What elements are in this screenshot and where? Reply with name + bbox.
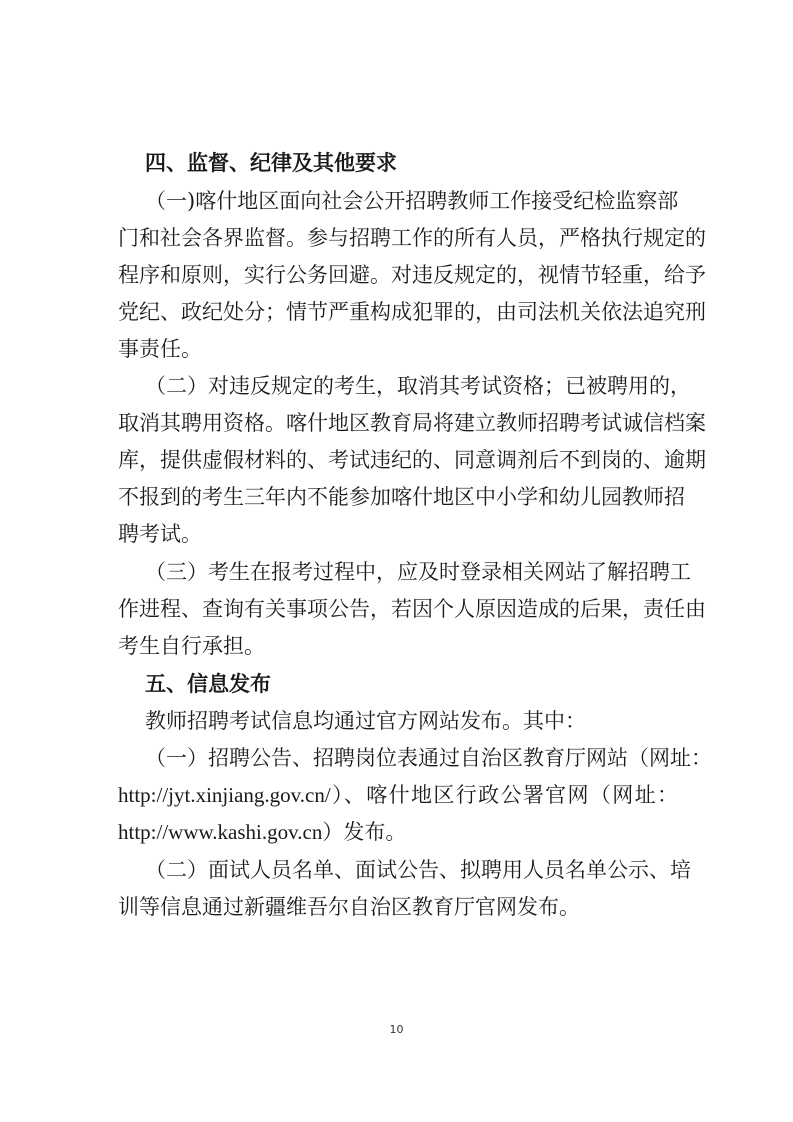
section-heading-supervision: 四、监督、纪律及其他要求: [145, 146, 678, 180]
section-heading-info-release: 五、信息发布: [145, 667, 678, 701]
paragraph-line: 库，提供虚假材料的、考试违纪的、同意调剂后不到岗的、逾期: [118, 443, 678, 477]
paragraph-line: （一）招聘公告、招聘岗位表通过自治区教育厅网站（网址：: [145, 741, 678, 775]
paragraph-line: 考生自行承担。: [118, 629, 678, 663]
paragraph-line: （二）对违反规定的考生，取消其考试资格；已被聘用的，: [145, 369, 678, 403]
paragraph-line: 作进程、查询有关事项公告，若因个人原因造成的后果，责任由: [118, 592, 678, 626]
document-page: 四、监督、纪律及其他要求 （一)喀什地区面向社会公开招聘教师工作接受纪检监察部 …: [0, 0, 793, 1122]
paragraph-line-with-link[interactable]: http://www.kashi.gov.cn）发布。: [118, 815, 678, 849]
paragraph-line: 取消其聘用资格。喀什地区教育局将建立教师招聘考试诚信档案: [118, 406, 678, 440]
paragraph-line: 不报到的考生三年内不能参加喀什地区中小学和幼儿园教师招: [118, 480, 678, 514]
paragraph-line: 事责任。: [118, 332, 678, 366]
paragraph-line: 党纪、政纪处分；情节严重构成犯罪的，由司法机关依法追究刑: [118, 295, 678, 329]
paragraph-line: 训等信息通过新疆维吾尔自治区教育厅官网发布。: [118, 890, 678, 924]
paragraph-line: 教师招聘考试信息均通过官方网站发布。其中：: [145, 704, 678, 738]
page-number: 10: [0, 1023, 793, 1036]
paragraph-line: （二）面试人员名单、面试公告、拟聘用人员名单公示、培: [145, 853, 678, 887]
paragraph-line: 聘考试。: [118, 517, 678, 551]
paragraph-line-with-link[interactable]: http://jyt.xinjiang.gov.cn/）、喀什地区行政公署官网（…: [118, 778, 678, 812]
paragraph-line: 门和社会各界监督。参与招聘工作的所有人员，严格执行规定的: [118, 221, 678, 255]
paragraph-line: （三）考生在报考过程中，应及时登录相关网站了解招聘工: [145, 555, 678, 589]
paragraph-line: 程序和原则，实行公务回避。对违反规定的，视情节轻重，给予: [118, 258, 678, 292]
paragraph-line: （一)喀什地区面向社会公开招聘教师工作接受纪检监察部: [145, 184, 678, 218]
